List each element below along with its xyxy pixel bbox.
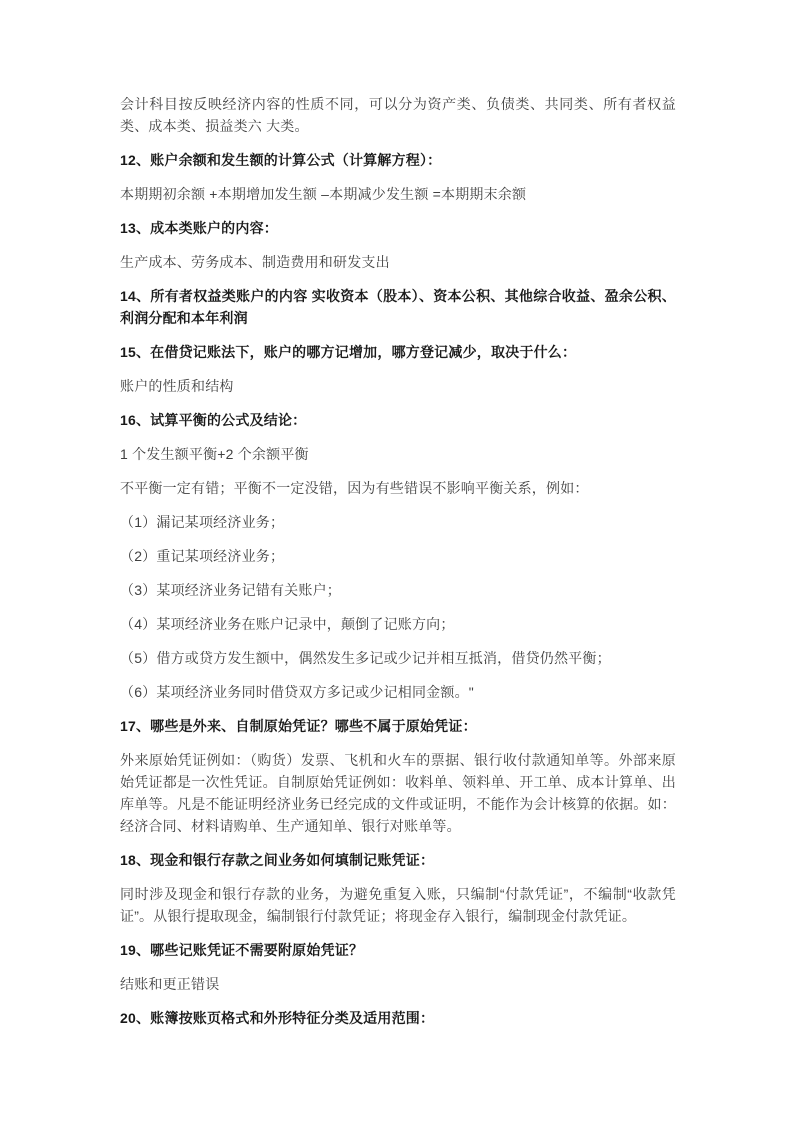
heading-q17: 17、哪些是外来、自制原始凭证？哪些不属于原始凭证： (120, 715, 676, 737)
list-item-error-1: （1）漏记某项经济业务； (120, 511, 676, 533)
paragraph-account-nature: 账户的性质和结构 (120, 375, 676, 397)
document-page: 会计科目按反映经济内容的性质不同，可以分为资产类、负债类、共同类、所有者权益类、… (0, 0, 793, 1122)
list-item-error-3: （3）某项经济业务记错有关账户； (120, 579, 676, 601)
paragraph-cost-accounts: 生产成本、劳务成本、制造费用和研发支出 (120, 251, 676, 273)
heading-q19: 19、哪些记账凭证不需要附原始凭证？ (120, 939, 676, 961)
heading-q12: 12、账户余额和发生额的计算公式（计算解方程）： (120, 149, 676, 171)
paragraph-original-vouchers: 外来原始凭证例如：（购货）发票、飞机和火车的票据、银行收付款通知单等。外部来原始… (120, 749, 676, 837)
heading-q18: 18、现金和银行存款之间业务如何填制记账凭证： (120, 849, 676, 871)
list-item-error-5: （5）借方或贷方发生额中，偶然发生多记或少记并相互抵消，借贷仍然平衡； (120, 647, 676, 669)
paragraph-payment-voucher-rule: 同时涉及现金和银行存款的业务，为避免重复入账，只编制“付款凭证”，不编制“收款凭… (120, 883, 676, 927)
heading-q20: 20、账簿按账页格式和外形特征分类及适用范围： (120, 1007, 676, 1029)
paragraph-closing-correction: 结账和更正错误 (120, 973, 676, 995)
heading-q13: 13、成本类账户的内容： (120, 217, 676, 239)
paragraph-trial-balance-formula: 1 个发生额平衡+2 个余额平衡 (120, 443, 676, 465)
heading-q16: 16、试算平衡的公式及结论： (120, 409, 676, 431)
list-item-error-6: （6）某项经济业务同时借贷双方多记或少记相同金额。" (120, 681, 676, 703)
list-item-error-4: （4）某项经济业务在账户记录中，颠倒了记账方向； (120, 613, 676, 635)
paragraph-balance-conclusion: 不平衡一定有错；平衡不一定没错，因为有些错误不影响平衡关系，例如： (120, 477, 676, 499)
paragraph-balance-formula: 本期期初余额 +本期增加发生额 –本期减少发生额 =本期期末余额 (120, 183, 676, 205)
list-item-error-2: （2）重记某项经济业务； (120, 545, 676, 567)
heading-q15: 15、在借贷记账法下，账户的哪方记增加，哪方登记减少，取决于什么： (120, 341, 676, 363)
paragraph-subject-categories: 会计科目按反映经济内容的性质不同，可以分为资产类、负债类、共同类、所有者权益类、… (120, 93, 676, 137)
heading-q14: 14、所有者权益类账户的内容 实收资本（股本）、资本公积、其他综合收益、盈余公积… (120, 285, 676, 329)
